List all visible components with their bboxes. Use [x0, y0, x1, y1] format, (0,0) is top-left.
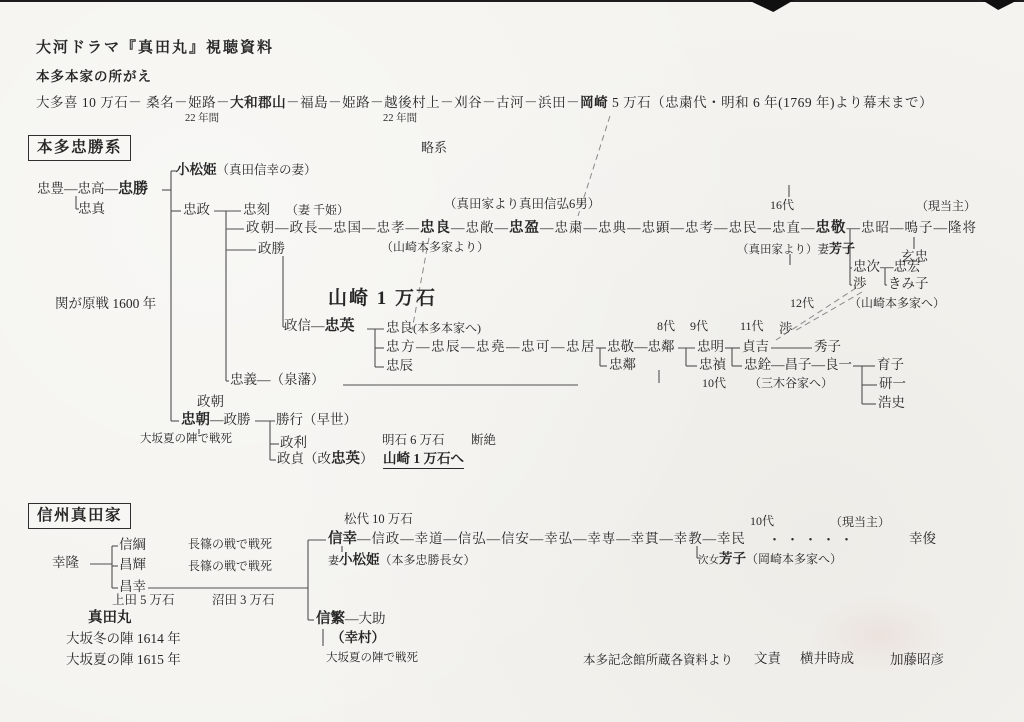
- tsuma-senhime: （妻 千姫）: [286, 204, 349, 218]
- tadakata-row: 忠方―忠辰―忠堯―忠可―忠居: [386, 339, 596, 355]
- yukitaka: 幸隆: [52, 555, 79, 571]
- relocation-line-part-3: 岡崎: [580, 95, 608, 110]
- relocation-line-part-2: －福島－姫路－越後村上－刈谷－古河－浜田－: [286, 95, 580, 110]
- tadatomo-row: 忠朝―政勝: [181, 412, 251, 429]
- note-from-yamazaki: （山崎本多家より）: [381, 241, 489, 255]
- wataru-lower: 渉: [779, 321, 793, 337]
- label-danzetsu: 断絶: [471, 433, 496, 447]
- note-to-yamazaki: （山崎本多家へ）: [849, 297, 945, 311]
- note-wife-yoshiko-part-1: 芳子: [829, 241, 855, 256]
- tadakatsu-row: 忠豊―忠高―忠勝: [37, 181, 148, 198]
- nobutsuna: 信綱: [119, 537, 146, 553]
- tadataka-tadachika-row: 忠敬―忠鄰: [607, 339, 675, 355]
- label-ryakukei: 略系: [421, 141, 447, 156]
- yoshiko-row: 次女芳子（岡崎本多家へ）: [698, 551, 842, 567]
- masanobu-row: 政信―忠英: [284, 318, 355, 335]
- masasada-row: 政貞（改忠英）: [277, 451, 374, 468]
- label-11dai: 11代: [740, 320, 764, 334]
- note-mikitani: （三木谷家へ）: [749, 377, 833, 391]
- tadamasa: 忠政: [183, 202, 210, 218]
- to-yamazaki-link: 山崎 1 万石へ: [383, 451, 464, 469]
- honda-okazaki-line-part-6: ―忠昭―鳴子―隆将: [847, 220, 978, 235]
- label-12dai: 12代: [790, 297, 814, 311]
- tadatomo-row-part-0: 忠朝: [181, 412, 210, 428]
- yoshiko-row-part-0: 次女: [698, 555, 719, 566]
- yoshiko-row-part-2: （岡崎本多家へ）: [746, 552, 842, 566]
- label-akashi: 明石 6 万石: [382, 433, 445, 447]
- katsuyuki: 勝行（早世）: [276, 412, 357, 428]
- label-ueda: 上田 5 万石: [112, 593, 175, 607]
- tadazane: 忠真: [78, 201, 105, 217]
- honda-okazaki-line-part-0: 政朝―政長―忠国―忠孝―: [246, 220, 420, 235]
- credit-yokoi: 横井時成: [800, 651, 854, 667]
- note-nagashino-1: 長篠の戦で戦死: [188, 538, 272, 552]
- tadakatsu-row-part-0: 忠豊―忠高―: [37, 181, 118, 196]
- note-wife-yoshiko: （真田家より）妻芳子: [737, 241, 855, 257]
- label-osaka-winter: 大坂冬の陣 1614 年: [66, 631, 181, 647]
- note-wife-komatsuhime: 妻小松姫（本多忠勝長女）: [328, 552, 476, 568]
- masateru: 昌輝: [119, 557, 146, 573]
- hiroshi: 浩史: [878, 395, 905, 411]
- section-sanada-header: 信州真田家: [28, 503, 131, 529]
- sanada-dots: ・・・・・: [768, 533, 858, 548]
- komatsuhime-row: 小松姫（真田信幸の妻）: [176, 162, 317, 178]
- label-matsushiro: 松代 10 万石: [344, 512, 413, 526]
- relocation-line-part-1: 大和郡山: [230, 95, 286, 110]
- document-page: 大河ドラマ『真田丸』視聴資料本多本家の所がえ大多喜 10 万石－ 桑名－姫路－大…: [0, 0, 1024, 722]
- note-wife-komatsuhime-part-2: （本多忠勝長女）: [380, 553, 476, 567]
- tadatoki: 忠刻: [243, 202, 270, 218]
- hideko: 秀子: [814, 339, 841, 355]
- masakatsu-mid: 政勝: [258, 241, 285, 257]
- label-9dai: 9代: [690, 320, 708, 334]
- honda-okazaki-line-part-5: 忠敬: [816, 220, 847, 236]
- relocation-line: 大多喜 10 万石－ 桑名－姫路－大和郡山－福島－姫路－越後村上－刈谷－古河－浜…: [36, 95, 933, 111]
- tadasen-row: 忠銓―昌子―良一: [744, 357, 852, 373]
- label-sekigahara: 関が原戦 1600 年: [55, 296, 156, 312]
- credit-bunseki: 文責: [754, 651, 781, 667]
- tadatomo-row-part-1: ―政勝: [210, 412, 251, 427]
- label-16dai: 16代: [770, 199, 794, 213]
- label-8dai: 8代: [657, 320, 675, 334]
- credit-source: 本多記念館所蔵各資料より: [583, 653, 733, 667]
- tadatsugu-row: 忠次―忠宏: [853, 259, 921, 275]
- sanadamaru-label: 真田丸: [88, 610, 132, 627]
- nobushige-row-part-1: ―大助: [345, 611, 386, 626]
- sadakichi: 貞吉: [742, 339, 769, 355]
- note-shinhiro-6th-son: （真田家より真田信弘6男）: [444, 197, 600, 211]
- tadatoki-yamazaki: 忠辰: [386, 358, 413, 374]
- wataru-upper: 渉: [853, 276, 867, 292]
- label-22years-1: 22 年間: [185, 113, 219, 125]
- label-numata: 沼田 3 万石: [212, 593, 275, 607]
- note-nagashino-2: 長篠の戦で戦死: [188, 560, 272, 574]
- honda-okazaki-line-part-3: 忠盈: [509, 220, 540, 236]
- tadakatsu-row-part-1: 忠勝: [118, 181, 148, 197]
- yukitoshi: 幸俊: [909, 531, 936, 547]
- honda-okazaki-line-part-1: 忠良: [420, 220, 451, 236]
- masasada-row-part-1: 忠英: [331, 451, 360, 467]
- yukimura-label: （幸村）: [331, 630, 385, 646]
- masasada-row-part-2: ）: [360, 451, 374, 466]
- label-10dai-honda: 10代: [702, 377, 726, 391]
- masatoshi: 政利: [280, 435, 307, 451]
- tadayoshi-yamazaki-part-1: (本多本家へ): [413, 321, 481, 335]
- honda-okazaki-line-part-4: ―忠粛―忠典―忠顕―忠考―忠民―忠直―: [540, 220, 816, 235]
- tadayoshi-yamazaki: 忠良(本多本家へ): [386, 320, 481, 336]
- relocation-line-part-4: 5 万石（忠粛代・明和 6 年(1769 年)より幕末まで）: [608, 95, 933, 110]
- section-honda-header: 本多忠勝系: [28, 135, 131, 161]
- kimiko: きみ子: [888, 276, 929, 292]
- sanada-main-line-part-0: 信幸: [328, 531, 357, 547]
- note-wife-yoshiko-part-0: （真田家より）妻: [737, 244, 829, 256]
- doc-title: 大河ドラマ『真田丸』視聴資料: [36, 40, 274, 57]
- credit-kato: 加藤昭彦: [890, 652, 944, 668]
- masanobu-row-part-1: 忠英: [325, 318, 355, 334]
- masatomo-lower: 政朝: [197, 394, 224, 410]
- yamazaki-title: 山崎 1 万石: [328, 288, 437, 310]
- honda-okazaki-line-part-2: ―忠敞―: [451, 220, 509, 235]
- komatsuhime-row-part-1: （真田信幸の妻）: [217, 163, 317, 177]
- kenichi: 研一: [879, 376, 906, 392]
- label-22years-2: 22 年間: [383, 113, 417, 125]
- komatsuhime-row-part-0: 小松姫: [176, 162, 217, 177]
- yoshiko-row-part-1: 芳子: [719, 551, 746, 566]
- note-nobushige-death: 大坂夏の陣で戦死: [326, 652, 418, 665]
- label-10dai-sanada: 10代: [750, 515, 774, 529]
- tadayoshi-yamazaki-part-0: 忠良: [386, 320, 413, 335]
- relocation-line-part-0: 大多喜 10 万石－ 桑名－姫路－: [36, 95, 230, 110]
- masanobu-row-part-0: 政信―: [284, 318, 325, 333]
- tadaaki: 忠明: [697, 339, 724, 355]
- note-wife-komatsuhime-part-1: 小松姫: [339, 552, 380, 567]
- nobushige-row: 信繁―大助: [316, 611, 386, 628]
- nobushige-row-part-0: 信繁: [316, 611, 345, 627]
- note-tadatomo-death: 大坂夏の陣で戦死: [140, 433, 232, 446]
- tadachika-lower: 忠鄰: [609, 357, 636, 373]
- ikuko: 育子: [877, 357, 904, 373]
- doc-subtitle: 本多本家の所がえ: [36, 69, 152, 85]
- tadasada: 忠禎: [699, 357, 726, 373]
- tadayoshi-izumi-row: 忠義―（泉藩）: [230, 372, 325, 388]
- sanada-main-line-part-1: ―信政―幸道―信弘―信安―幸弘―幸専―幸貫―幸教―幸民: [357, 531, 746, 546]
- note-wife-komatsuhime-part-0: 妻: [328, 555, 339, 567]
- label-osaka-summer: 大坂夏の陣 1615 年: [66, 652, 181, 668]
- label-current-head-honda: （現当主）: [916, 200, 976, 214]
- label-current-head-sanada: （現当主）: [830, 516, 890, 530]
- scan-edge-artifact: [0, 0, 1024, 2]
- sanada-main-line: 信幸―信政―幸道―信弘―信安―幸弘―幸専―幸貫―幸教―幸民: [328, 531, 746, 548]
- masasada-row-part-0: 政貞（改: [277, 451, 331, 466]
- honda-okazaki-line: 政朝―政長―忠国―忠孝―忠良―忠敞―忠盈―忠粛―忠典―忠顕―忠考―忠民―忠直―忠…: [246, 220, 977, 237]
